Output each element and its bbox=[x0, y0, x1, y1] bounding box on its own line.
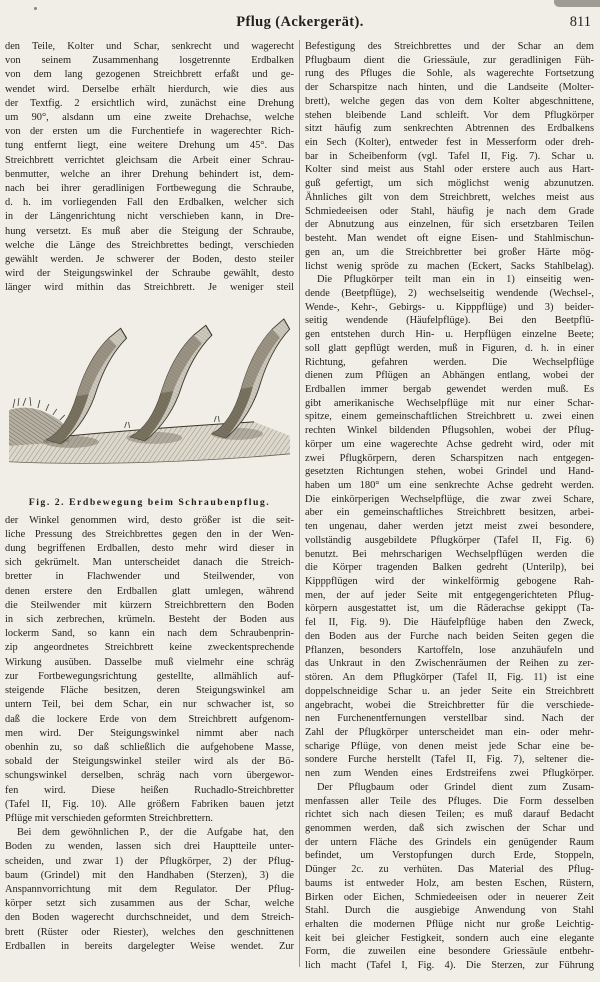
text-line: der Textfig. 2 ersichtlich wird, zunächs… bbox=[5, 97, 294, 111]
text-line: gibt amerikanische Wechselpflüge mit nur… bbox=[305, 397, 594, 411]
text-line: Der Pflugbaum oder Grindel dient zum Zus… bbox=[305, 781, 594, 795]
text-line: den Teile, Kolter und Schar, senkrecht u… bbox=[5, 40, 294, 54]
figure-caption: Fig. 2. Erdbewegung beim Schraubenpflug. bbox=[5, 497, 294, 508]
text-line: Schmiedeeisen oder Stahl, häufig je nach… bbox=[305, 205, 594, 219]
text-line: steigende Fläche besitzen, deren Steigun… bbox=[5, 684, 294, 698]
text-line: befindet, um Verstopfungen durch Erde, S… bbox=[305, 849, 594, 863]
text-line: Boden zu wenden, lassen sich drei Hauptt… bbox=[5, 840, 294, 854]
text-line: das Unkraut in den Zwischenräumen der Re… bbox=[305, 657, 594, 671]
text-line: von seinem Zusammenhang losgetrennte Erd… bbox=[5, 54, 294, 68]
text-line: Wirkung ausüben. Dasselbe muß vielmehr e… bbox=[5, 656, 294, 670]
scan-artifact-smudge bbox=[554, 0, 600, 7]
text-line: brett), welche gegen das von dem Kolter … bbox=[305, 95, 594, 109]
text-line: tung entfernt liegt, eine weitere Drehun… bbox=[5, 139, 294, 153]
text-line: Stahl. Durch die ausgiebige Anwendung vo… bbox=[305, 904, 594, 918]
running-head: Pflug (Ackergerät). 811 bbox=[5, 6, 595, 40]
text-line: soll glatt gepflügt werden, muß in Figur… bbox=[305, 342, 594, 356]
text-line: Pflanzen, besonders Kartoffeln, lose anz… bbox=[305, 644, 594, 658]
scan-artifact-speck bbox=[34, 7, 37, 10]
text-line: baums ist entweder Holz, am besten Esche… bbox=[305, 877, 594, 891]
text-line: Anspannvorrichtung mit dem Regulator. De… bbox=[5, 883, 294, 897]
text-line: Die einkörperigen Wechselpflüge, die zwa… bbox=[305, 493, 594, 507]
text-line: dienen zum Pflügen an Abhängen entlang, … bbox=[305, 369, 594, 383]
text-line: bretter in Flachwender und Steilwender, … bbox=[5, 570, 294, 584]
text-line: Kolter sind meist aus Stahl oder erstere… bbox=[305, 163, 594, 177]
paragraph-continued: den Teile, Kolter und Schar, senkrecht u… bbox=[5, 40, 294, 296]
text-line: spitze, einem gemeinschaftlichen Streich… bbox=[305, 410, 594, 424]
text-line: benutzt. Bei mehrscharigen Wechselpflüge… bbox=[305, 548, 594, 562]
text-line: men wird. Der Steigungswinkel nimmt aber… bbox=[5, 727, 294, 741]
text-line: Pflugbaum dient die Griessäule, zur gera… bbox=[305, 54, 594, 68]
text-line: baum (Grindel) mit den Handhaben (Sterze… bbox=[5, 869, 294, 883]
page-title: Pflug (Ackergerät). bbox=[236, 14, 364, 31]
text-line: zur Fortbewegungsrichtung gestellte, all… bbox=[5, 670, 294, 684]
text-line: Kipppflügen wird der winkelförmig geboge… bbox=[305, 575, 594, 589]
column-divider bbox=[299, 40, 300, 967]
text-line: stören. An dem Pflugkörper (Tafel II, Fi… bbox=[305, 671, 594, 685]
paragraph: Die Pflugkörper teilt man ein in 1) eins… bbox=[305, 273, 594, 781]
text-line: obenhin zu, so daß schließlich die aufge… bbox=[5, 741, 294, 755]
text-line: seitig wendende (Häufelpflüge). Bei den … bbox=[305, 314, 594, 328]
text-line: richtet sich nach diesen Teilen; es muß … bbox=[305, 808, 594, 822]
text-line: scheiden, und zwar 1) der Pflugkörper, 2… bbox=[5, 855, 294, 869]
text-line: der Scharspitze nach hinten, und die Lan… bbox=[305, 81, 594, 95]
text-line: bar in Scheibenform (vgl. Tafel II, Fig.… bbox=[305, 150, 594, 164]
text-line: guß gefertigt, um sich möglichst wenig a… bbox=[305, 177, 594, 191]
text-line: um 90°, alsdann um eine zweite Drehachse… bbox=[5, 111, 294, 125]
text-line: gen entstehen durch Hin- u. Herpflügen e… bbox=[305, 328, 594, 342]
text-line: von dem lang gezogenen Streichbrett erfa… bbox=[5, 68, 294, 82]
text-line: schungswinkel derselben, schräg nach vor… bbox=[5, 769, 294, 783]
text-line: wendet wird. Derselbe erhält hierdurch, … bbox=[5, 83, 294, 97]
text-line: der Winkel genommen wird, desto größer i… bbox=[5, 514, 294, 528]
paragraph: Der Pflugbaum oder Grindel dient zum Zus… bbox=[305, 781, 594, 973]
text-line: den Boden wagerecht durchschneidet, und … bbox=[5, 911, 294, 925]
text-line: angebracht, wobei die Streichbretter für… bbox=[305, 699, 594, 713]
text-line: lich macht (Tafel I, Fig. 4). Die Sterze… bbox=[305, 959, 594, 973]
text-line: nen Furchenentfernungen verstellbar sind… bbox=[305, 712, 594, 726]
text-line: zwei Pflugkörpern, deren Scharspitzen na… bbox=[305, 452, 594, 466]
scanned-page: Pflug (Ackergerät). 811 den Teile, Kolte… bbox=[0, 0, 600, 982]
text-line: brett (Rüster oder Riester), welches den… bbox=[5, 926, 294, 940]
text-line: genommen werden, daß sich zwischen der S… bbox=[305, 822, 594, 836]
text-line: Erdballen in bereits dargelegter Weise w… bbox=[5, 940, 294, 954]
text-line: sobald der Steigungswinkel steiler wird … bbox=[5, 755, 294, 769]
text-line: Pflüge mit verschieden geformten Streich… bbox=[5, 812, 294, 826]
text-line: ten ungenau, daher werden jetzt meist zw… bbox=[305, 520, 594, 534]
text-line: lichst wenig spröde zu machen (Eckert, S… bbox=[305, 260, 594, 274]
text-line: men, der auf jeder Seite mit entgegenger… bbox=[305, 589, 594, 603]
text-line: wird der Steigungswinkel der Schraube ge… bbox=[5, 267, 294, 281]
text-line: nen zum Wenden eines Erdstreifens zwei P… bbox=[305, 767, 594, 781]
text-line: keit bei gleicher Festigkeit, sondern au… bbox=[305, 932, 594, 946]
text-line: rechten Winkel bildenden Pflugsohlen, wo… bbox=[305, 424, 594, 438]
paragraph: Bei dem gewöhnlichen P., der die Aufgabe… bbox=[5, 826, 294, 954]
text-line: Form, die zuweilen eine besondere Griess… bbox=[305, 945, 594, 959]
text-line: Ähnliches gilt von dem Streichbrett, wel… bbox=[305, 191, 594, 205]
text-line: daß die lockere Erde von dem Streichbret… bbox=[5, 713, 294, 727]
text-line: die Körper tragenden Balken gedreht (Unt… bbox=[305, 561, 594, 575]
text-line: fel II, Fig. 9). Die Häufelpflüge haben … bbox=[305, 616, 594, 630]
text-line: scharige Pflüge, von denen meist jede Sc… bbox=[305, 740, 594, 754]
two-column-text: den Teile, Kolter und Schar, senkrecht u… bbox=[5, 40, 595, 973]
text-line: Richtung, gefahren werden. Die Wechselpf… bbox=[305, 356, 594, 370]
text-line: gewählt werden. Je schwerer der Boden, d… bbox=[5, 253, 294, 267]
text-line: zip angeordnetes Streichbrett keine zwec… bbox=[5, 641, 294, 655]
text-line: Dünger 2c. zu verhüten. Das Material des… bbox=[305, 863, 594, 877]
text-line: menfassen aller Teile des Pfluges. Die F… bbox=[305, 795, 594, 809]
paragraph-continued: Befestigung des Streichbrettes und der S… bbox=[305, 40, 594, 273]
text-line: gesetzten Richtungen stehen, wobei Grind… bbox=[305, 465, 594, 479]
text-line: (Tafel II, Fig. 10). Alle größern Fabrik… bbox=[5, 798, 294, 812]
text-line: dung begriffenen Erdballen, desto mehr w… bbox=[5, 542, 294, 556]
text-line: die Steilwender mit kürzern Streichbrett… bbox=[5, 599, 294, 613]
text-line: denen erstere den Erdballen glatt umlege… bbox=[5, 585, 294, 599]
text-line: doppelschneidige Schar u. an jeder Seite… bbox=[305, 685, 594, 699]
page-number: 811 bbox=[570, 14, 591, 31]
text-line: den Boden aus der Furche nach beiden Sei… bbox=[305, 630, 594, 644]
text-line: besteht. Man wendet oft eigne Eisen- und… bbox=[305, 232, 594, 246]
text-line: Streichbrett verrichtet gleichsam die Ar… bbox=[5, 154, 294, 168]
text-line: Bei dem gewöhnlichen P., der die Aufgabe… bbox=[5, 826, 294, 840]
text-line: fen wird. Diese heißen Ruchadlo-Streichb… bbox=[5, 784, 294, 798]
text-line: vollständig ausgebildete Pflugkörper (Ta… bbox=[305, 534, 594, 548]
text-line: lockerm Sand, so kann ein nach dem Schra… bbox=[5, 627, 294, 641]
text-line: in sich zerbrechen, krümeln. Besteht der… bbox=[5, 613, 294, 627]
text-line: der Abnutzung aus einzelnen, für sich er… bbox=[305, 218, 594, 232]
text-line: sondere Furche herstellt (Tafel II, Fig.… bbox=[305, 753, 594, 767]
text-line: hung versetzt. Es muß aber die Steigung … bbox=[5, 225, 294, 239]
text-line: Befestigung des Streichbrettes und der S… bbox=[305, 40, 594, 54]
screw-plough-engraving bbox=[5, 304, 294, 494]
text-line: Erdballen immer bergab gewendet werden m… bbox=[305, 383, 594, 397]
text-line: benmutter, welche an ihrer Drehung behin… bbox=[5, 168, 294, 182]
text-line: sich gekrümelt. Man unterscheidet danach… bbox=[5, 556, 294, 570]
text-line: Wende-, Kehr-, Gebirgs- u. Kipppflüge) u… bbox=[305, 301, 594, 315]
text-line: der untern Fläche des Grindels ein genüg… bbox=[305, 836, 594, 850]
left-column: den Teile, Kolter und Schar, senkrecht u… bbox=[5, 40, 294, 973]
text-line: von der ersten um die Furchentiefe in wa… bbox=[5, 125, 294, 139]
text-line: aber ein gemeinschaftliches Streichbrett… bbox=[305, 506, 594, 520]
text-line: haben um 180° um eine senkrechte Achse g… bbox=[305, 479, 594, 493]
text-line: Die Pflugkörper teilt man ein in 1) eins… bbox=[305, 273, 594, 287]
text-line: d. h. im vorliegenden Fall den Erdbalken… bbox=[5, 196, 294, 210]
text-line: liche Pressung des Streichbrettes gegen … bbox=[5, 528, 294, 542]
text-line: körper um eine wagerechte Achse gedreht … bbox=[305, 438, 594, 452]
text-line: dende (Beetpflüge), 2) wechselseitig wen… bbox=[305, 287, 594, 301]
text-line: körpern ausgestattet ist, um die Räderac… bbox=[305, 602, 594, 616]
text-line: ein Sech (Kolter), entweder fest in Mess… bbox=[305, 136, 594, 150]
text-line: rung des Pfluges die Sohle, als wagerech… bbox=[305, 67, 594, 81]
text-line: sitzt häufig zum senkrechten Abtrennen d… bbox=[305, 122, 594, 136]
paragraph: der Winkel genommen wird, desto größer i… bbox=[5, 514, 294, 826]
text-line: stehen bleibende Land schleift. Vor dem … bbox=[305, 109, 594, 123]
text-line: nach bei ihrer geradlinigen Fortbewegung… bbox=[5, 182, 294, 196]
text-line: erhalten die modernen Pflüge nicht nur g… bbox=[305, 918, 594, 932]
text-line: körper setzt sich zusammen aus der Schar… bbox=[5, 897, 294, 911]
text-line: länger wird mithin das Streichbrett. Je … bbox=[5, 281, 294, 295]
text-line: welche die Länge des Streichbrettes bedi… bbox=[5, 239, 294, 253]
text-line: Birken oder Eichen, Schmiedeeisen oder i… bbox=[305, 891, 594, 905]
right-column: Befestigung des Streichbrettes und der S… bbox=[305, 40, 594, 973]
text-line: in der Längenrichtung nicht verschieben … bbox=[5, 210, 294, 224]
figure-2: Fig. 2. Erdbewegung beim Schraubenpflug. bbox=[5, 304, 294, 508]
text-line: gen an, um die Streichbretter bei großer… bbox=[305, 246, 594, 260]
text-line: untern Teil, bei dem Schar, ein nur schw… bbox=[5, 698, 294, 712]
text-line: Zahl der Pflugkörper unterscheidet man e… bbox=[305, 726, 594, 740]
